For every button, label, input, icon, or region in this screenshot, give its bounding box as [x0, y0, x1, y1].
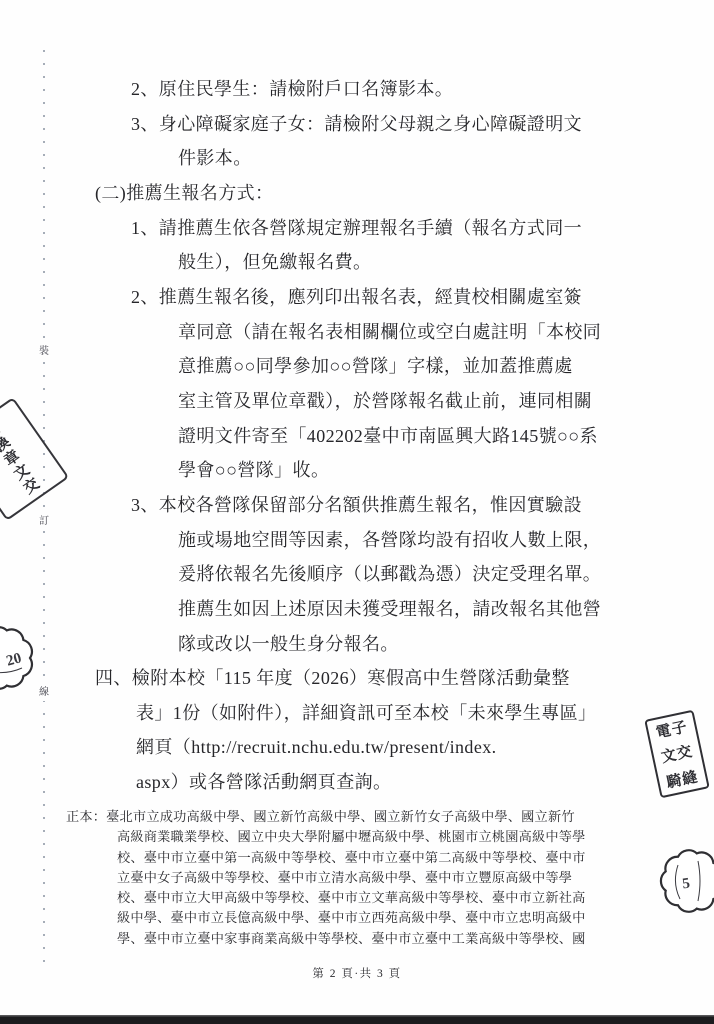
body-line-url: aspx）或各營隊活動網頁查詢。	[0, 765, 714, 800]
body-line: 施或場地空間等因素，各營隊均設有招收人數上限，	[0, 523, 714, 558]
body-line: 3、本校各營隊保留部分名額供推薦生報名，惟因實驗設	[0, 488, 714, 523]
body-line: 爰將依報名先後順序（以郵戳為憑）決定受理名單。	[0, 557, 714, 592]
stamp-row: 文交	[659, 740, 695, 767]
date-stamp-right: 5	[650, 839, 714, 923]
body-line: 2、原住民學生：請檢附戶口名簿影本。	[0, 72, 714, 107]
body-line-section: 四、檢附本校「115 年度（2026）寒假高中生營隊活動彙整	[0, 661, 714, 696]
body-line: 件影本。	[0, 141, 714, 176]
distribution-line: 級中學、臺中市立長億高級中學、臺中市立西苑高級中學、臺中市立忠明高級中	[0, 908, 714, 928]
stamp-row: 騎縫	[664, 765, 700, 792]
page-number: 第 2 頁·共 3 頁	[0, 965, 714, 981]
body-line: 1、請推薦生依各營隊規定辦理報名手續（報名方式同一	[0, 211, 714, 246]
date-stamp-left: 20	[0, 616, 44, 700]
body-line: 章同意（請在報名表相關欄位或空白處註明「本校同	[0, 315, 714, 350]
body-line: 表」1份（如附件），詳細資訊可至本校「未來學生專區」	[0, 696, 714, 731]
body-line: 學會○○營隊」收。	[0, 453, 714, 488]
body-line-url: 網頁（http://recruit.nchu.edu.tw/present/in…	[0, 730, 714, 765]
body-line: 室主管及單位章戳），於營隊報名截止前，連同相關	[0, 384, 714, 419]
scan-bottom-bar	[0, 1015, 714, 1024]
body-line: 2、推薦生報名後，應列印出報名表，經貴校相關處室簽	[0, 280, 714, 315]
body-line-section: (二)推薦生報名方式：	[0, 176, 714, 211]
distribution-line: 立臺中女子高級中等學校、臺中市立清水高級中學、臺中市立豐原高級中等學	[0, 868, 714, 888]
stamp-row: 電子	[654, 716, 690, 743]
body-line: 隊或改以一般生身分報名。	[0, 627, 714, 662]
document-body: 2、原住民學生：請檢附戶口名簿影本。 3、身心障礙家庭子女：請檢附父母親之身心障…	[0, 72, 714, 800]
distribution-line: 校、臺中市立臺中第一高級中等學校、臺中市立臺中第二高級中等學校、臺中市	[0, 848, 714, 868]
body-line: 推薦生如因上述原因未獲受理報名，請改報名其他營	[0, 592, 714, 627]
distribution-line: 學、臺中市立臺中家事商業高級中等學校、臺中市立臺中工業高級中等學校、國	[0, 929, 714, 949]
stamp-column-left: 文交	[9, 461, 42, 498]
stamp-text: 公換章文交	[0, 419, 41, 498]
distribution-line: 正本：臺北市立成功高級中學、國立新竹高級中學、國立新竹女子高級中學、國立新竹	[0, 807, 714, 827]
body-line: 般生），但免繳報名費。	[0, 245, 714, 280]
distribution-line: 高級商業職業學校、國立中央大學附屬中壢高級中學、桃園市立桃園高級中等學	[0, 827, 714, 847]
body-line-address: 證明文件寄至「402202臺中市南區興大路145號○○系	[0, 419, 714, 454]
distribution-list: 正本：臺北市立成功高級中學、國立新竹高級中學、國立新竹女子高級中學、國立新竹 高…	[0, 807, 714, 949]
document-page: 裝 訂 線 2、原住民學生：請檢附戶口名簿影本。 3、身心障礙家庭子女：請檢附父…	[0, 0, 714, 1024]
body-line: 意推薦○○同學參加○○營隊」字樣，並加蓋推薦處	[0, 349, 714, 384]
body-line: 3、身心障礙家庭子女：請檢附父母親之身心障礙證明文	[0, 107, 714, 142]
distribution-line: 校、臺中市立大甲高級中等學校、臺中市立文華高級中等學校、臺中市立新社高	[0, 888, 714, 908]
